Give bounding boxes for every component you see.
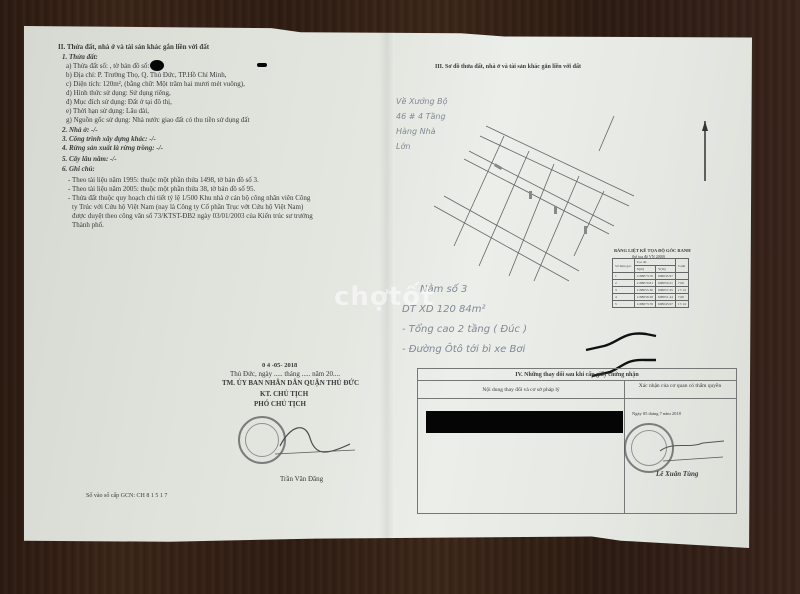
- coord-cell: 1: [613, 273, 635, 280]
- section4-title: IV. Những thay đổi sau khi cấp giấy chứn…: [418, 371, 736, 381]
- confirm-signer: Lê Xuân Tùng: [656, 470, 698, 480]
- handwritten-top-line: Về Xưởng Bộ: [396, 94, 447, 109]
- coord-cell: 608045.97: [656, 301, 676, 308]
- handwritten-top-line: Lớn: [396, 139, 447, 154]
- coord-cell: 1188055.30: [634, 287, 656, 294]
- coord-cell: 608051.44: [656, 294, 676, 301]
- signer-name: Trần Văn Đăng: [280, 475, 323, 485]
- item-production-forest: 4. Rừng sản xuất là rừng trồng: -/-: [62, 144, 163, 154]
- north-arrow-icon: [700, 121, 710, 181]
- changes-table-header-row: Nội dung thay đổi và cơ sở pháp lý Xác n…: [418, 381, 736, 399]
- issuing-authority: TM. ỦY BAN NHÂN DÂN QUẬN THỦ ĐỨC: [222, 379, 359, 389]
- coord-row: 21188070.81608050.217.00: [613, 280, 689, 287]
- signer-role-2: PHÓ CHỦ TỊCH: [254, 400, 306, 410]
- coord-header-edge: Cạnh: [675, 259, 688, 273]
- signature-scribble: [270, 416, 360, 466]
- confirm-date: Ngày 05 tháng 7 năm 2018: [632, 409, 681, 419]
- changes-table-title-row: IV. Những thay đổi sau khi cấp giấy chứn…: [418, 369, 736, 381]
- item-perennial-trees: 5. Cây lâu năm: -/-: [62, 155, 117, 165]
- coord-cell: 608050.21: [656, 280, 676, 287]
- signer-role-1: KT. CHỦ TỊCH: [260, 390, 308, 400]
- handwritten-top-line: Hàng Nhà: [396, 124, 447, 139]
- coord-row: 41188058.28608051.447.00: [613, 294, 689, 301]
- note-line-6: Thành phố.: [72, 221, 104, 231]
- coord-cell: 3: [613, 287, 635, 294]
- coord-cell: 4: [613, 294, 635, 301]
- land-line-g: g) Nguồn gốc sử dụng: Nhà nước giao đất …: [66, 116, 249, 126]
- coord-cell: 608057.45: [656, 287, 676, 294]
- coord-row: 31188055.30608057.4517.14: [613, 287, 689, 294]
- coord-row: 51188073.76608045.9717.14: [613, 301, 689, 308]
- coord-row: 11188073.76608045.97: [613, 273, 689, 280]
- handwritten-main-line: - Đường Ôtô tới bì xe Bơi: [402, 340, 527, 360]
- coord-cell: 608045.97: [656, 273, 676, 280]
- watermark: chợtốt: [334, 282, 435, 312]
- coord-cell: 1188070.81: [634, 280, 656, 287]
- col1-header: Nội dung thay đổi và cơ sở pháp lý: [418, 386, 624, 396]
- coord-table: Số hiệu góc Tọa độ Cạnh X(m) Y(m) 111880…: [612, 258, 689, 308]
- certificate-paper: II. Thửa đất, nhà ở và tài sản khác gắn …: [24, 26, 752, 548]
- redaction-map-sheet: [257, 63, 267, 67]
- col2-header: Xác nhận của cơ quan có thẩm quyền: [624, 383, 736, 390]
- coord-header-point: Số hiệu góc: [613, 259, 635, 273]
- coord-cell: [675, 273, 688, 280]
- handwritten-main-line: - Tổng cao 2 tầng ( Đúc ): [402, 320, 527, 340]
- coord-subheader-y: Y(m): [656, 266, 676, 273]
- section3-title: III. Sơ đồ thửa đất, nhà ở và tài sản kh…: [435, 63, 581, 73]
- coord-cell: 17.14: [675, 287, 688, 294]
- note-line-5: được duyệt theo công văn số 73/KTST-ĐB2 …: [72, 212, 313, 222]
- coord-cell: 7.00: [675, 280, 688, 287]
- coord-subheader-x: X(m): [634, 266, 656, 273]
- changes-table: IV. Những thay đổi sau khi cấp giấy chứn…: [417, 368, 737, 514]
- redaction-change-content: [426, 411, 623, 433]
- redaction-parcel-number: [150, 60, 164, 71]
- coord-cell: 7.00: [675, 294, 688, 301]
- section2-title: II. Thửa đất, nhà ở và tài sản khác gắn …: [58, 43, 209, 53]
- coord-cell: 1188073.76: [634, 273, 656, 280]
- coord-header-coords: Tọa độ: [634, 259, 675, 266]
- confirm-signature-scribble: [658, 431, 728, 471]
- handwritten-top-note: Về Xưởng Bộ 46 # 4 Tầng Hàng Nhà Lớn: [396, 94, 447, 154]
- handwritten-top-line: 46 # 4 Tầng: [396, 109, 447, 124]
- coord-cell: 17.14: [675, 301, 688, 308]
- coord-cell: 1188058.28: [634, 294, 656, 301]
- registry-number: Số vào sổ cấp GCN: CH 8 1 5 1 7: [86, 492, 167, 502]
- item-notes-heading: 6. Ghi chú:: [62, 165, 95, 175]
- coord-cell: 5: [613, 301, 635, 308]
- coord-cell: 2: [613, 280, 635, 287]
- coord-cell: 1188073.76: [634, 301, 656, 308]
